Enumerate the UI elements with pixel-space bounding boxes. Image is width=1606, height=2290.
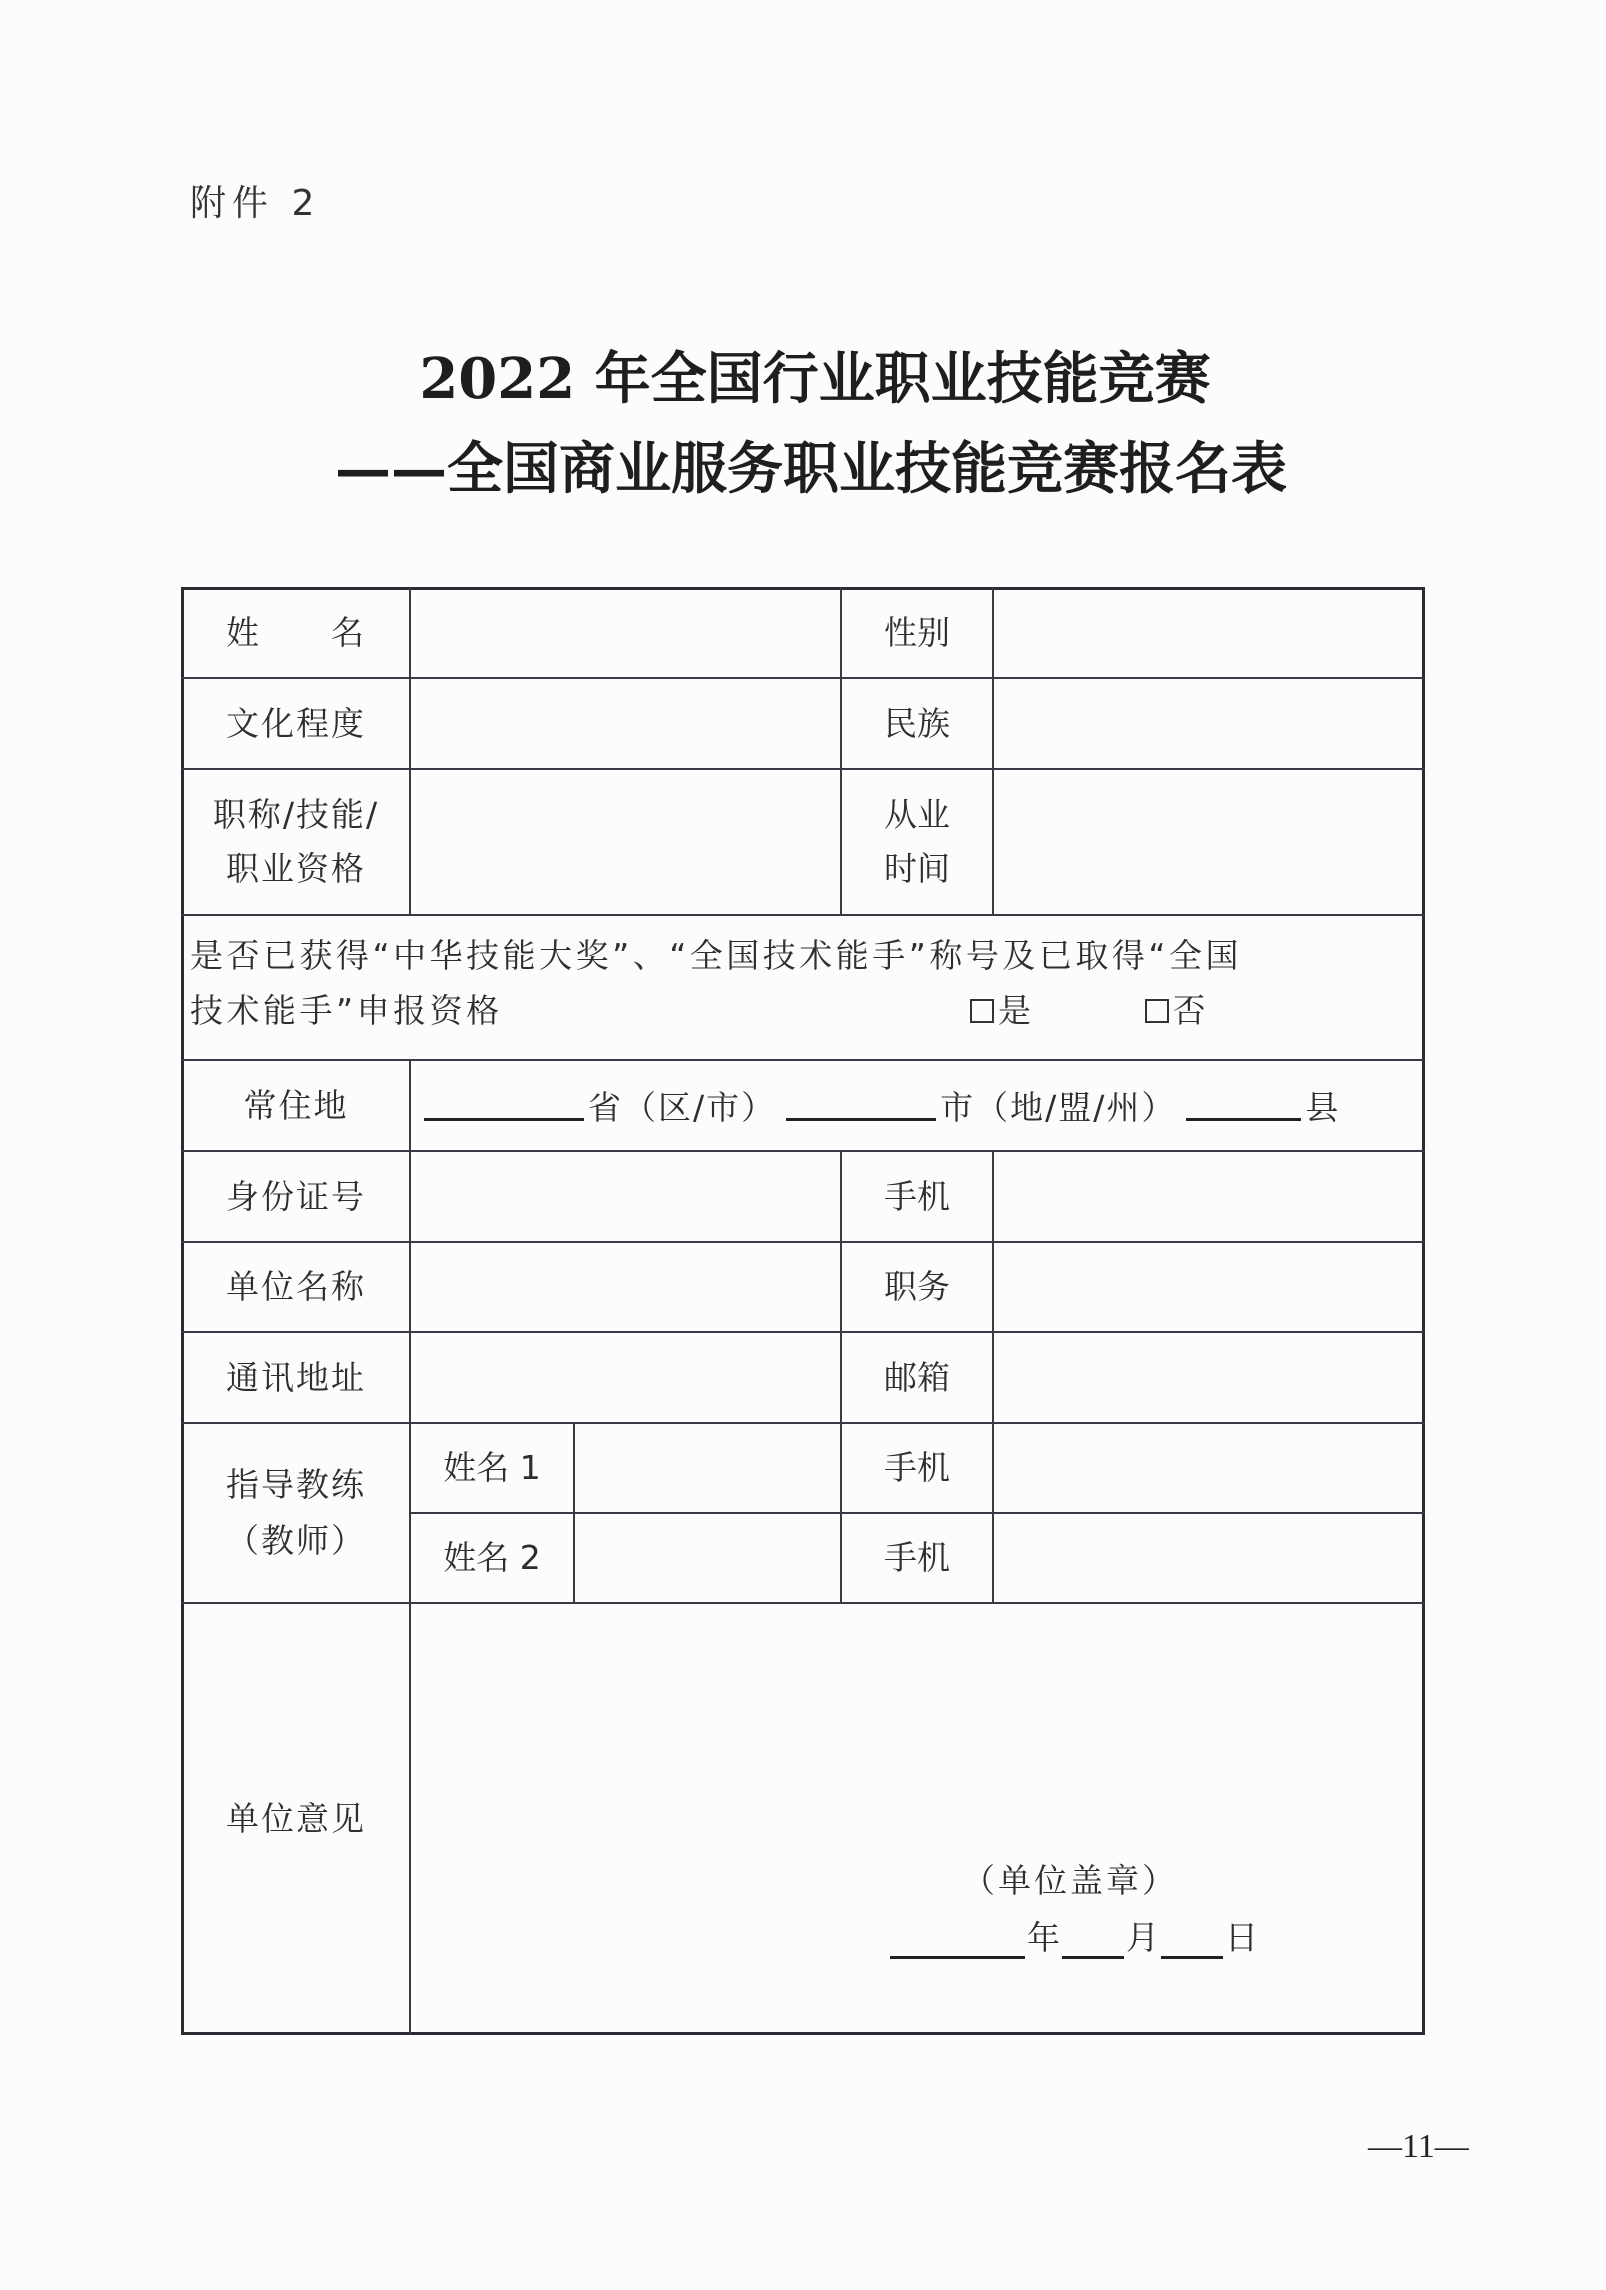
professional-title-input[interactable]	[411, 770, 840, 914]
work-time-input[interactable]	[994, 770, 1422, 914]
unit-opinion-label: 单位意见	[183, 1604, 409, 2034]
award-question-line2: 技术能手”申报资格	[190, 983, 970, 1038]
ethnicity-input[interactable]	[994, 679, 1422, 768]
mobile-input[interactable]	[994, 1152, 1422, 1241]
address-label: 通讯地址	[183, 1333, 409, 1422]
day-input[interactable]	[1161, 1922, 1223, 1959]
city-suffix: 市（地/盟/州）	[940, 1082, 1176, 1129]
employer-label: 单位名称	[183, 1243, 409, 1331]
month-label: 月	[1126, 1912, 1159, 1959]
province-input[interactable]	[424, 1090, 584, 1121]
employer-input[interactable]	[411, 1243, 840, 1331]
page-number: —11—	[1368, 2128, 1469, 2166]
email-input[interactable]	[994, 1333, 1422, 1422]
page-title-line1: 2022 年全国行业职业技能竞赛	[12, 335, 1606, 415]
day-label: 日	[1225, 1912, 1258, 1959]
award-no-label: 否	[1173, 983, 1210, 1038]
id-number-label: 身份证号	[183, 1152, 409, 1241]
coach2-mobile-input[interactable]	[994, 1514, 1422, 1602]
award-no-checkbox[interactable]: 否	[1145, 983, 1210, 1038]
award-question-line1: 是否已获得“中华技能大奖”、“全国技术能手”称号及已取得“全国	[190, 928, 1418, 983]
page-title-line2: ——全国商业服务职业技能竞赛报名表	[8, 425, 1606, 505]
ethnicity-label: 民族	[842, 679, 992, 768]
coach1-name-label: 姓名 1	[411, 1424, 573, 1512]
id-number-input[interactable]	[411, 1152, 840, 1241]
name-label: 姓 名	[183, 589, 409, 677]
award-yes-checkbox[interactable]: 是	[970, 983, 1035, 1038]
gender-input[interactable]	[994, 589, 1422, 677]
education-input[interactable]	[411, 679, 840, 768]
work-time-label-line2: 时间	[884, 842, 950, 896]
attachment-label: 附件 2	[190, 175, 320, 226]
education-label: 文化程度	[183, 679, 409, 768]
city-input[interactable]	[786, 1090, 936, 1121]
coach1-mobile-label: 手机	[842, 1424, 992, 1512]
professional-title-label: 职称/技能/ 职业资格	[183, 770, 409, 914]
coach2-name-label: 姓名 2	[411, 1514, 573, 1602]
position-label: 职务	[842, 1243, 992, 1331]
coach-label: 指导教练 （教师）	[183, 1424, 409, 1602]
unit-opinion-input[interactable]	[411, 1604, 1422, 1844]
mobile-label: 手机	[842, 1152, 992, 1241]
award-question: 是否已获得“中华技能大奖”、“全国技术能手”称号及已取得“全国 技术能手”申报资…	[190, 928, 1418, 1038]
province-suffix: 省（区/市）	[588, 1082, 776, 1129]
gender-label: 性别	[842, 589, 992, 677]
row-divider	[181, 914, 1425, 916]
professional-title-label-line1: 职称/技能/	[213, 788, 379, 842]
month-input[interactable]	[1062, 1922, 1124, 1959]
county-suffix: 县	[1305, 1082, 1340, 1129]
coach1-name-input[interactable]	[575, 1424, 840, 1512]
year-input[interactable]	[890, 1922, 1025, 1959]
opinion-date: 年 月 日	[888, 1912, 1258, 1959]
coach2-name-input[interactable]	[575, 1514, 840, 1602]
residence-fields: 省（区/市） 市（地/盟/州） 县	[412, 1060, 1422, 1150]
residence-label: 常住地	[183, 1061, 409, 1150]
coach-label-line1: 指导教练	[226, 1457, 366, 1513]
award-yes-label: 是	[998, 983, 1035, 1038]
name-input[interactable]	[411, 589, 840, 677]
work-time-label-line1: 从业	[884, 788, 950, 842]
position-input[interactable]	[994, 1243, 1422, 1331]
checkbox-square-icon	[1145, 999, 1169, 1023]
coach2-mobile-label: 手机	[842, 1514, 992, 1602]
address-input[interactable]	[411, 1333, 840, 1422]
email-label: 邮箱	[842, 1333, 992, 1422]
coach-label-line2: （教师）	[226, 1513, 366, 1569]
work-time-label: 从业 时间	[842, 770, 992, 914]
checkbox-square-icon	[970, 999, 994, 1023]
coach1-mobile-input[interactable]	[994, 1424, 1422, 1512]
year-label: 年	[1027, 1912, 1060, 1959]
professional-title-label-line2: 职业资格	[226, 842, 366, 896]
unit-seal-label: （单位盖章）	[962, 1855, 1178, 1902]
county-input[interactable]	[1186, 1090, 1301, 1121]
